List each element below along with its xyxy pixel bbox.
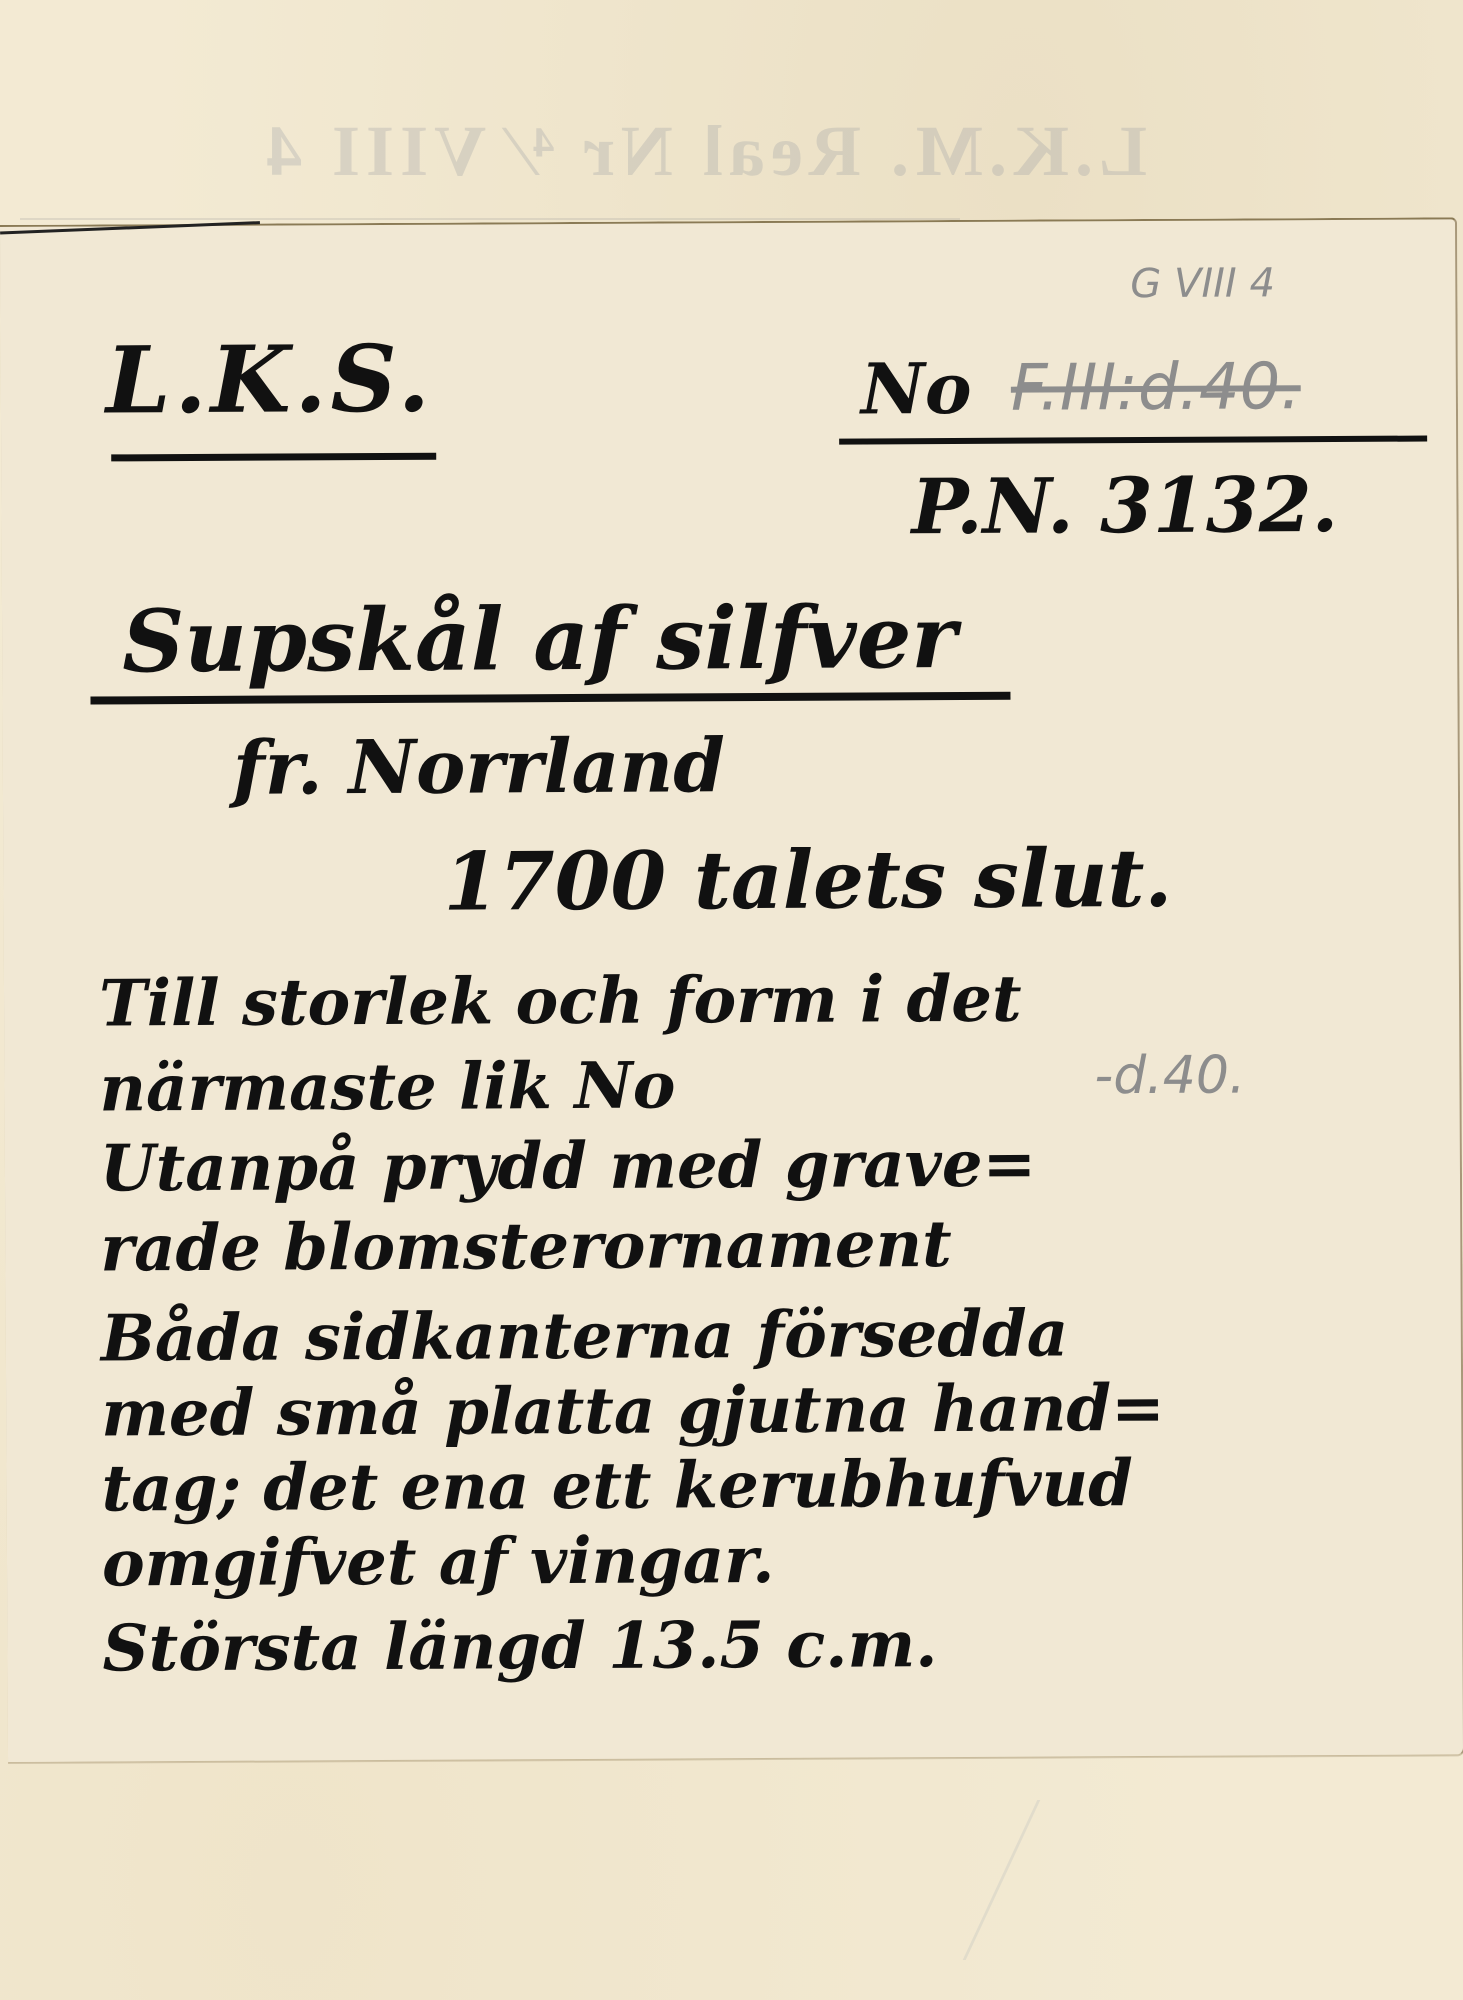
measurement-line: Största längd 13.5 c.m. [102,1607,937,1686]
bleed-through-rule [20,218,960,220]
org-label-underline [111,453,436,462]
description-line: Utanpå prydd med grave= [100,1127,1037,1207]
number-underline [839,436,1427,445]
object-origin: fr. Norrland [233,723,726,812]
description-line: Båda sidkanterna försedda [101,1296,1069,1376]
description-line: närmaste lik No [99,1048,675,1126]
description-line: rade blomsterornament [100,1207,952,1286]
object-title: Supskål af silfver [122,587,957,692]
description-line: tag; det ena ett kerubhufvud [101,1446,1133,1526]
number-prefix: No [861,347,972,431]
org-label: L.K.S. [106,325,434,435]
pencil-correction: G VIII 4 [1130,260,1275,307]
description-line: med små platta gjutna hand= [101,1371,1165,1452]
inventory-number: P.N. 3132. [911,460,1338,551]
description-line: omgifvet af vingar. [102,1523,775,1602]
object-date: 1700 talets slut. [443,831,1172,929]
reference-pencil-note: -d.40. [1094,1045,1245,1106]
bleed-through-pencil-mark [963,1800,1341,1960]
description-line: Till storlek och form i det [99,962,1022,1042]
bleed-through-stamp: L.K.M. Real Nr ⁴⁄ VIII 4 [260,110,1147,193]
catalog-card: L.K.S. G VIII 4 No F.III:d.40. P.N. 3132… [0,217,1463,1763]
origin-flourish [0,221,260,234]
title-underline [90,692,1010,705]
struck-old-number: F.III:d.40. [1011,350,1301,426]
